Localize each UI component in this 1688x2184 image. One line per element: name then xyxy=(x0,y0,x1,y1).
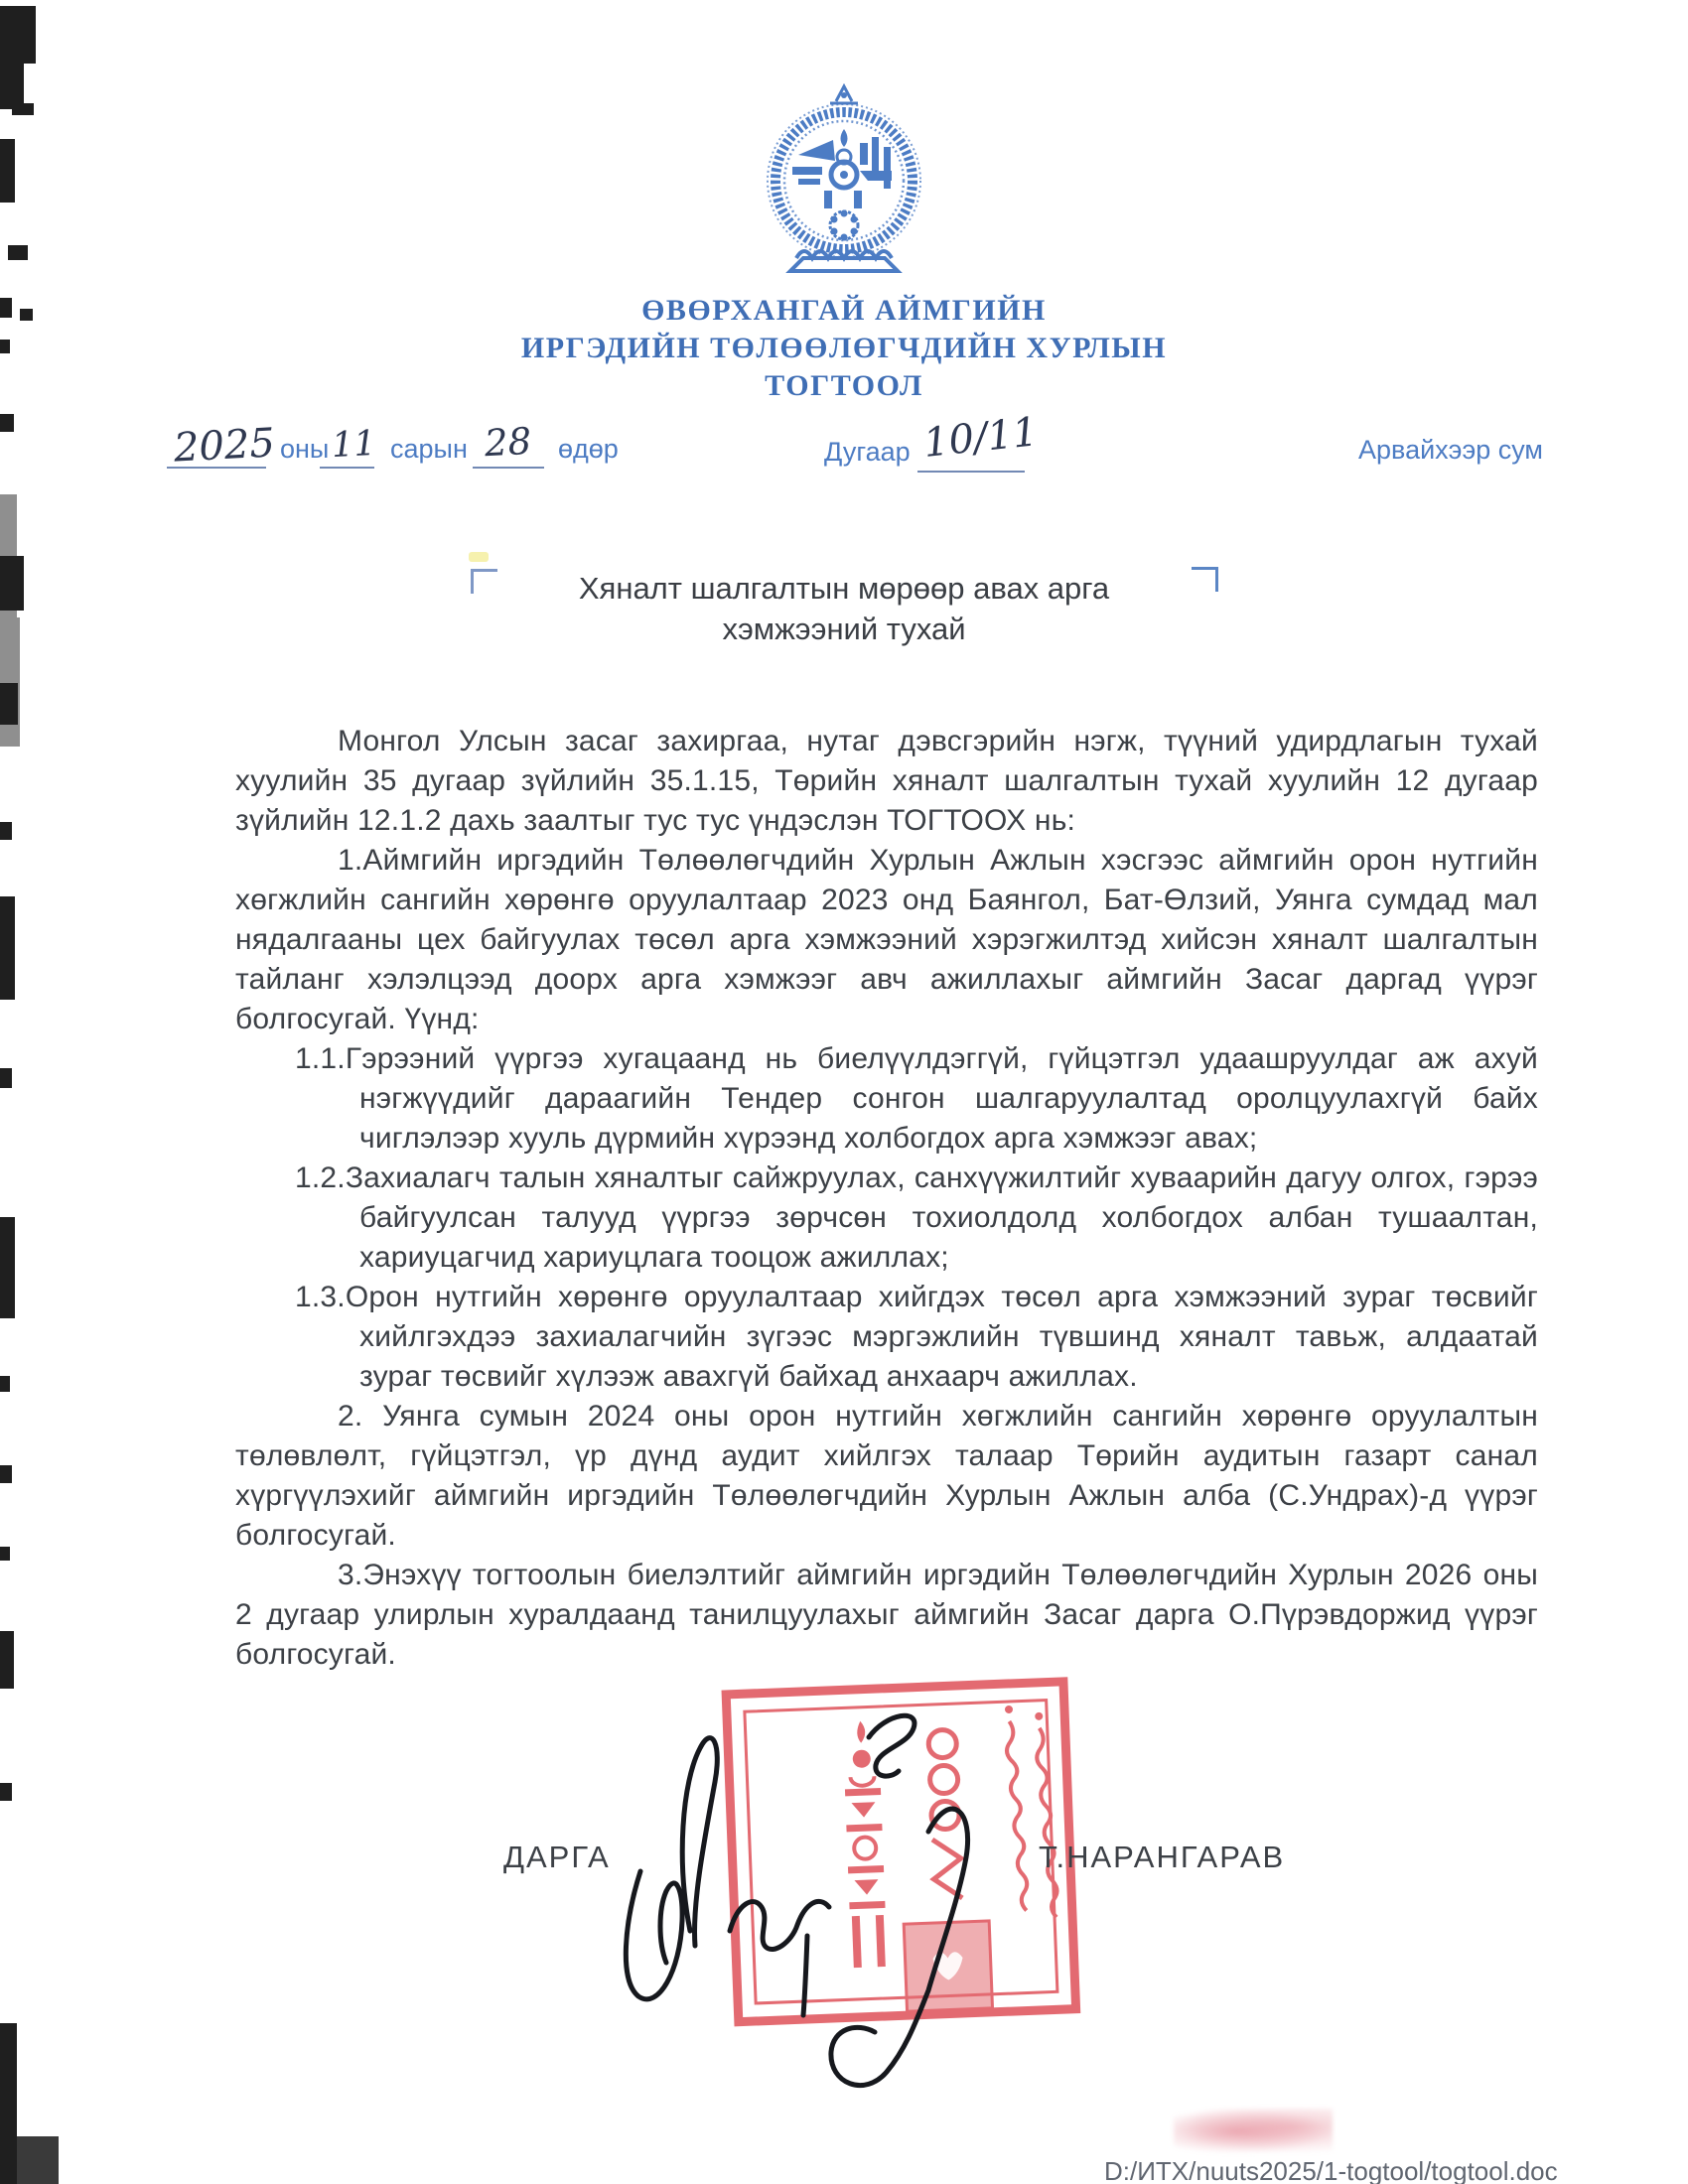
signer-role-label: ДАРГА xyxy=(503,1840,611,1875)
body-paragraph: 3.Энэхүү тогтоолын биелэлтийг аймгийн ир… xyxy=(235,1556,1538,1675)
month-underline xyxy=(320,467,374,469)
day-label: өдөр xyxy=(558,434,619,465)
title-line2: хэмжээний тухай xyxy=(0,609,1688,649)
scan-artifact xyxy=(0,822,12,840)
scan-artifact xyxy=(0,1068,12,1088)
body-paragraph: 1.Аймгийн иргэдийн Төлөөлөгчдийн Хурлын … xyxy=(235,841,1538,1039)
body-list-item: 1.1.Гэрээний үүргээ хугацаанд нь биелүүл… xyxy=(359,1039,1538,1159)
file-path-text: D:/ИТХ/nuuts2025/1-togtool/togtool.doc xyxy=(1104,2156,1558,2184)
scan-speck xyxy=(469,552,489,562)
number-label: Дугаар xyxy=(824,437,911,468)
number-underline xyxy=(917,471,1025,473)
scan-artifact xyxy=(0,1547,10,1561)
org-header: ӨВӨРХАНГАЙ АЙМГИЙН ИРГЭДИЙН ТӨЛӨӨЛӨГЧДИЙ… xyxy=(0,292,1688,405)
scan-artifact xyxy=(8,245,28,260)
number-handwritten: 10/11 xyxy=(921,409,1040,467)
scan-artifact xyxy=(0,414,14,432)
scan-artifact xyxy=(0,1376,10,1392)
scan-artifact xyxy=(0,896,15,1000)
scanned-document-page: { "header": { "org_line1": "ӨВӨРХАНГАЙ А… xyxy=(0,0,1688,2184)
signature-ink xyxy=(541,1683,1057,2179)
title-line1: Хяналт шалгалтын мөрөөр авах арга xyxy=(0,568,1688,609)
date-month-handwritten: 11 xyxy=(331,424,377,466)
doc-type: ТОГТООЛ xyxy=(0,367,1688,405)
body-list-item: 1.2.Захиалагч талын хяналтыг сайжруулах,… xyxy=(359,1159,1538,1278)
location-label: Арвайхээр сум xyxy=(1358,435,1543,466)
scan-artifact xyxy=(0,1465,12,1483)
date-year-handwritten: 2025 xyxy=(173,420,276,471)
scan-artifact xyxy=(0,139,15,203)
scan-artifact xyxy=(0,2023,17,2184)
scan-artifact xyxy=(17,2136,59,2184)
scan-artifact xyxy=(0,1631,14,1689)
government-emblem-icon xyxy=(755,83,933,274)
org-name-line1: ӨВӨРХАНГАЙ АЙМГИЙН xyxy=(0,292,1688,330)
scan-artifact xyxy=(0,1217,15,1318)
scan-artifact xyxy=(0,6,36,64)
document-body: Монгол Улсын засаг захиргаа, нутаг дэвсг… xyxy=(235,722,1538,1675)
scan-artifact xyxy=(0,1783,12,1801)
month-label: сарын xyxy=(390,434,468,465)
body-paragraph: 2. Уянга сумын 2024 оны орон нутгийн хөг… xyxy=(235,1397,1538,1556)
scan-artifact xyxy=(0,62,24,109)
body-list-item: 1.3.Орон нутгийн хөрөнгө оруулалтаар хий… xyxy=(359,1278,1538,1397)
date-day-handwritten: 28 xyxy=(484,420,532,465)
scan-artifact xyxy=(12,103,34,115)
org-name-line2: ИРГЭДИЙН ТӨЛӨӨЛӨГЧДИЙН ХУРЛЫН xyxy=(0,330,1688,367)
signer-name: Т.НАРАНГАРАВ xyxy=(1039,1840,1285,1875)
scan-artifact xyxy=(0,683,18,725)
year-label: оны xyxy=(280,434,329,465)
day-underline xyxy=(473,467,544,469)
document-title: Хяналт шалгалтын мөрөөр авах арга хэмжээ… xyxy=(0,568,1688,649)
body-paragraph: Монгол Улсын засаг захиргаа, нутаг дэвсг… xyxy=(235,722,1538,841)
stamp-smudge xyxy=(1174,2109,1333,2154)
year-underline xyxy=(167,467,266,469)
